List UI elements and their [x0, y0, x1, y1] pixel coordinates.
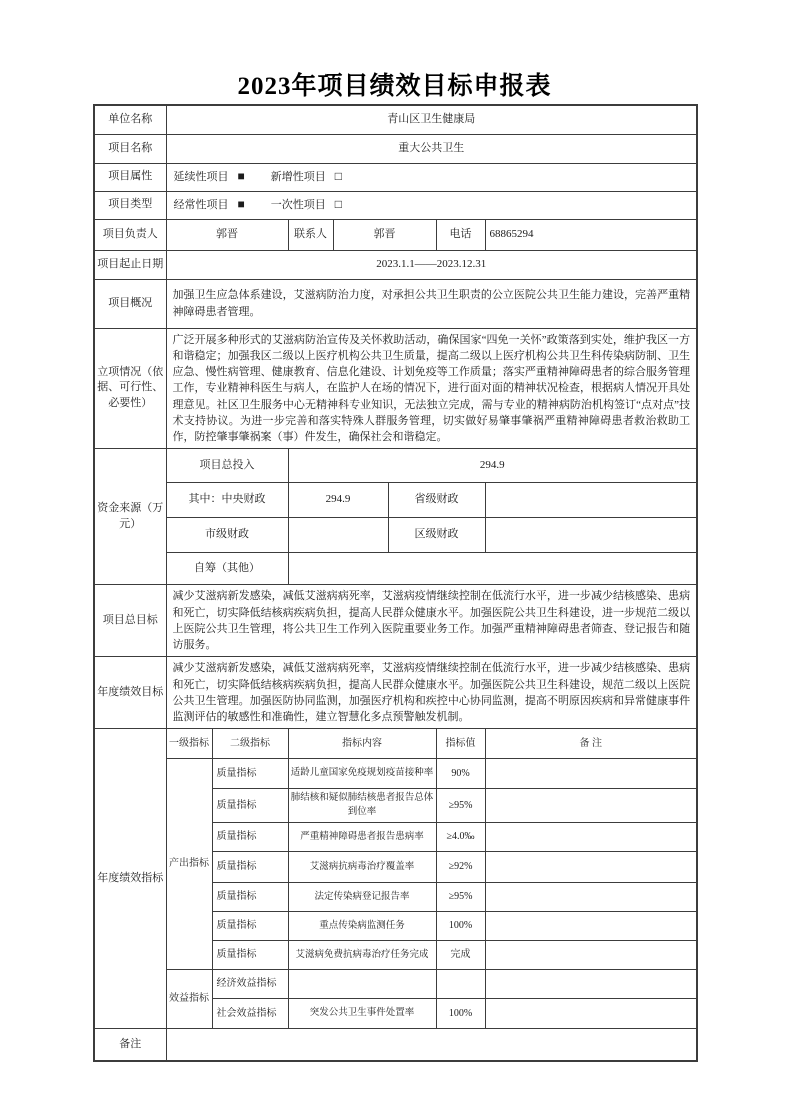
- indicator-type-cell: 质量指标: [212, 941, 288, 970]
- option-continuing-label: 延续性项目: [174, 171, 229, 183]
- option-new-label: 新增性项目: [271, 171, 326, 183]
- indicator-type-cell: 质量指标: [212, 883, 288, 912]
- project-name-row: 项目名称 重大公共卫生: [94, 134, 697, 163]
- contact-label: 联系人: [288, 219, 333, 250]
- funding-label: 资金来源（万元）: [94, 449, 166, 585]
- header-indicator-value: 指标值: [436, 729, 485, 759]
- funding-total-value: 294.9: [288, 449, 697, 483]
- checkbox-unchecked-icon: □: [335, 169, 342, 183]
- indicator-row: 效益指标 经济效益指标: [94, 970, 697, 999]
- indicator-type-cell: 经济效益指标: [212, 970, 288, 999]
- output-indicators-label: 产出指标: [166, 759, 212, 970]
- leader-value: 郭晋: [166, 219, 288, 250]
- indicator-type-cell: 质量指标: [212, 852, 288, 883]
- overall-goal-label: 项目总目标: [94, 585, 166, 657]
- indicator-type-cell: 质量指标: [212, 912, 288, 941]
- funding-self-label: 自筹（其他）: [166, 553, 288, 585]
- project-name-label: 项目名称: [94, 134, 166, 163]
- indicator-note-cell: [485, 852, 697, 883]
- option-recurrent-label: 经常性项目: [174, 199, 229, 211]
- indicator-value-cell: ≥4.0‰: [436, 823, 485, 852]
- option-onetime-label: 一次性项目: [271, 199, 326, 211]
- document-page: 2023年项目绩效目标申报表 单位名称 青山区卫生健康局 项目名称 重大公共卫生…: [0, 0, 789, 1118]
- unit-name-row: 单位名称 青山区卫生健康局: [94, 105, 697, 134]
- project-attribute-row: 项目属性 延续性项目■新增性项目□: [94, 163, 697, 191]
- indicator-value-cell: [436, 970, 485, 999]
- funding-municipal-value: [288, 518, 388, 553]
- funding-central-value: 294.9: [288, 483, 388, 518]
- header-indicator-note: 备 注: [485, 729, 697, 759]
- indicator-value-cell: 100%: [436, 912, 485, 941]
- indicator-note-cell: [485, 883, 697, 912]
- checkbox-unchecked-icon: □: [335, 197, 342, 211]
- overall-goal-row: 项目总目标 减少艾滋病新发感染，减低艾滋病病死率，艾滋病疫情继续控制在低流行水平…: [94, 585, 697, 657]
- project-attribute-label: 项目属性: [94, 163, 166, 191]
- annual-indicators-label: 年度绩效指标: [94, 729, 166, 1029]
- benefit-indicators-label: 效益指标: [166, 970, 212, 1029]
- header-indicator-content: 指标内容: [288, 729, 436, 759]
- funding-provincial-value: [485, 483, 697, 518]
- indicator-content-cell: 艾滋病抗病毒治疗覆盖率: [288, 852, 436, 883]
- project-type-options: 经常性项目■一次性项目□: [166, 191, 697, 219]
- indicator-note-cell: [485, 970, 697, 999]
- project-name-value: 重大公共卫生: [166, 134, 697, 163]
- dates-row: 项目起止日期 2023.1.1——2023.12.31: [94, 250, 697, 279]
- project-attribute-options: 延续性项目■新增性项目□: [166, 163, 697, 191]
- project-type-row: 项目类型 经常性项目■一次性项目□: [94, 191, 697, 219]
- funding-municipal-label: 市级财政: [166, 518, 288, 553]
- indicator-content-cell: [288, 970, 436, 999]
- declaration-form-table: 单位名称 青山区卫生健康局 项目名称 重大公共卫生 项目属性 延续性项目■新增性…: [93, 104, 698, 1062]
- indicator-note-cell: [485, 941, 697, 970]
- funding-district-label: 区级财政: [388, 518, 485, 553]
- funding-municipal-row: 市级财政 区级财政: [94, 518, 697, 553]
- indicator-content-cell: 肺结核和疑似肺结核患者报告总体到位率: [288, 789, 436, 823]
- overview-value: 加强卫生应急体系建设，艾滋病防治力度，对承担公共卫生职责的公立医院公共卫生能力建…: [166, 279, 697, 328]
- funding-total-row: 资金来源（万元） 项目总投入 294.9: [94, 449, 697, 483]
- annual-goal-label: 年度绩效目标: [94, 657, 166, 729]
- indicator-value-cell: ≥95%: [436, 789, 485, 823]
- remark-row: 备注: [94, 1029, 697, 1061]
- project-type-label: 项目类型: [94, 191, 166, 219]
- indicator-row: 产出指标 质量指标 适龄儿童国家免疫规划疫苗接种率 90%: [94, 759, 697, 789]
- indicator-value-cell: 100%: [436, 999, 485, 1029]
- funding-provincial-label: 省级财政: [388, 483, 485, 518]
- indicator-type-cell: 质量指标: [212, 759, 288, 789]
- indicator-type-cell: 质量指标: [212, 789, 288, 823]
- checkbox-checked-icon: ■: [238, 169, 245, 183]
- funding-total-label: 项目总投入: [166, 449, 288, 483]
- overview-row: 项目概况 加强卫生应急体系建设，艾滋病防治力度，对承担公共卫生职责的公立医院公共…: [94, 279, 697, 328]
- overview-label: 项目概况: [94, 279, 166, 328]
- indicator-value-cell: 90%: [436, 759, 485, 789]
- indicator-note-cell: [485, 823, 697, 852]
- funding-self-row: 自筹（其他）: [94, 553, 697, 585]
- funding-self-value: [288, 553, 697, 585]
- header-level1-indicator: 一级指标: [166, 729, 212, 759]
- indicator-value-cell: ≥92%: [436, 852, 485, 883]
- indicator-note-cell: [485, 912, 697, 941]
- funding-central-row: 其中：中央财政 294.9 省级财政: [94, 483, 697, 518]
- indicator-type-cell: 社会效益指标: [212, 999, 288, 1029]
- dates-label: 项目起止日期: [94, 250, 166, 279]
- indicator-content-cell: 重点传染病监测任务: [288, 912, 436, 941]
- annual-goal-row: 年度绩效目标 减少艾滋病新发感染，减低艾滋病病死率，艾滋病疫情继续控制在低流行水…: [94, 657, 697, 729]
- annual-goal-value: 减少艾滋病新发感染，减低艾滋病病死率，艾滋病疫情继续控制在低流行水平，进一步减少…: [166, 657, 697, 729]
- justification-label: 立项情况（依据、可行性、必要性）: [94, 328, 166, 449]
- indicator-note-cell: [485, 759, 697, 789]
- header-level2-indicator: 二级指标: [212, 729, 288, 759]
- phone-value: 68865294: [485, 219, 697, 250]
- overall-goal-value: 减少艾滋病新发感染，减低艾滋病病死率，艾滋病疫情继续控制在低流行水平，进一步减少…: [166, 585, 697, 657]
- phone-label: 电话: [436, 219, 485, 250]
- indicator-value-cell: 完成: [436, 941, 485, 970]
- justification-row: 立项情况（依据、可行性、必要性） 广泛开展多种形式的艾滋病防治宣传及关怀救助活动…: [94, 328, 697, 449]
- dates-value: 2023.1.1——2023.12.31: [166, 250, 697, 279]
- leader-label: 项目负责人: [94, 219, 166, 250]
- indicator-content-cell: 法定传染病登记报告率: [288, 883, 436, 912]
- checkbox-checked-icon: ■: [238, 197, 245, 211]
- indicator-content-cell: 严重精神障碍患者报告患病率: [288, 823, 436, 852]
- remark-value: [166, 1029, 697, 1061]
- justification-value: 广泛开展多种形式的艾滋病防治宣传及关怀救助活动，确保国家“四免一关怀”政策落到实…: [166, 328, 697, 449]
- page-title: 2023年项目绩效目标申报表: [93, 66, 696, 102]
- indicator-content-cell: 艾滋病免费抗病毒治疗任务完成: [288, 941, 436, 970]
- contact-value: 郭晋: [333, 219, 436, 250]
- remark-label: 备注: [94, 1029, 166, 1061]
- leader-row: 项目负责人 郭晋 联系人 郭晋 电话 68865294: [94, 219, 697, 250]
- indicator-content-cell: 适龄儿童国家免疫规划疫苗接种率: [288, 759, 436, 789]
- funding-district-value: [485, 518, 697, 553]
- indicator-note-cell: [485, 789, 697, 823]
- indicator-content-cell: 突发公共卫生事件处置率: [288, 999, 436, 1029]
- indicator-note-cell: [485, 999, 697, 1029]
- indicator-value-cell: ≥95%: [436, 883, 485, 912]
- indicator-type-cell: 质量指标: [212, 823, 288, 852]
- unit-name-value: 青山区卫生健康局: [166, 105, 697, 134]
- indicator-header-row: 年度绩效指标 一级指标 二级指标 指标内容 指标值 备 注: [94, 729, 697, 759]
- funding-central-label: 其中：中央财政: [166, 483, 288, 518]
- unit-name-label: 单位名称: [94, 105, 166, 134]
